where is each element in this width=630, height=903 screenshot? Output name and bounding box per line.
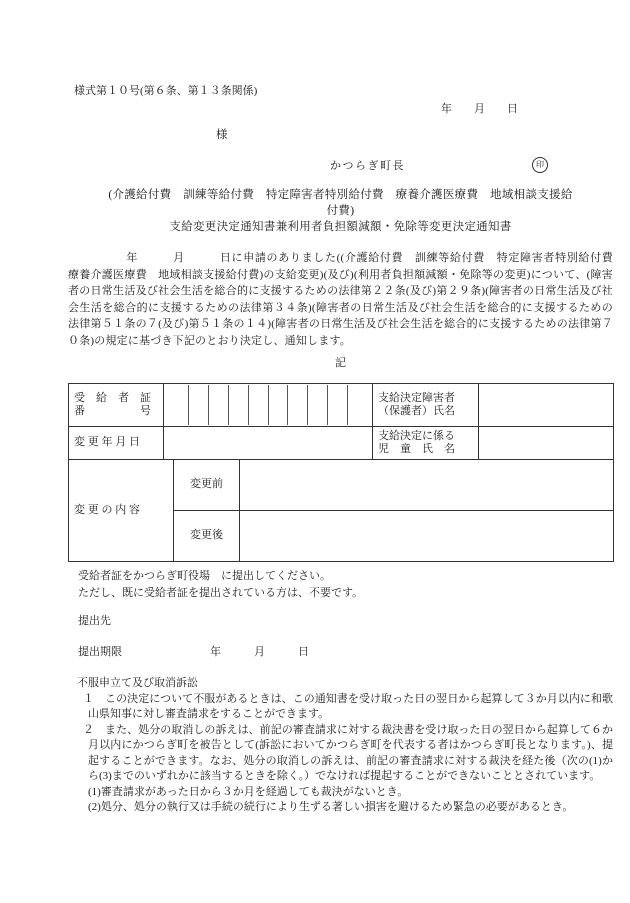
before-change-value-cell — [240, 460, 614, 511]
change-date-value-cell — [164, 427, 373, 460]
appeal-item-number: １ — [83, 693, 105, 705]
change-date-label: 変 更 年 月 日 — [69, 427, 164, 460]
note-line-2: ただし、既に受給者証を提出されている方は、不要です。 — [78, 585, 613, 602]
digit-box — [209, 385, 229, 425]
appeal-section: 不服申立て及び取消訴訟 １この決定について不服があるときは、この通知書を受け取っ… — [68, 676, 613, 816]
issuer-line: かつらぎ町長 印 — [68, 157, 613, 173]
table-row: 受 給 者 証番 号 支給決定障害者（保護者）氏名 — [69, 384, 614, 427]
appeal-item-number: ２ — [83, 724, 105, 736]
after-change-value-cell — [240, 511, 614, 562]
label-line: 番 号 — [74, 405, 158, 419]
document-content: 様式第１０号(第６条、第１３条関係) 年 月 日 様 かつらぎ町長 印 (介護給… — [68, 84, 613, 816]
issuer-name: かつらぎ町長 — [330, 157, 405, 173]
after-change-label: 変更後 — [174, 511, 240, 562]
child-name-label: 支給決定に係る児 童 氏 名 — [373, 427, 479, 460]
document-page: 様式第１０号(第６条、第１３条関係) 年 月 日 様 かつらぎ町長 印 (介護給… — [0, 0, 630, 903]
appeal-subitem-1: (1)審査請求があった日から３か月を経過しても裁決がないとき。 — [68, 785, 613, 801]
note-line-1: 受給者証をかつらぎ町役場 に提出してください。 — [78, 568, 613, 585]
issue-date-placeholder: 年 月 日 — [68, 102, 613, 116]
digit-box — [229, 385, 249, 425]
seal-icon: 印 — [532, 157, 548, 173]
digit-box — [169, 385, 189, 425]
label-line: 受 給 者 証 — [74, 392, 158, 406]
grantee-name-value-cell — [479, 384, 614, 427]
recipient-cert-number-boxes-cell — [164, 384, 373, 427]
recipient-cert-number-boxes — [169, 385, 367, 425]
digit-box — [189, 385, 209, 425]
notification-body-paragraph: 年 月 日に申請のありました((介護給付費 訓練等給付費 特定障害者特別給付費 … — [68, 250, 613, 349]
digit-box — [288, 385, 308, 425]
ki-marker: 記 — [68, 356, 613, 370]
grantee-name-label: 支給決定障害者（保護者）氏名 — [373, 384, 479, 427]
form-number: 様式第１０号(第６条、第１３条関係) — [68, 84, 613, 98]
recipient-cert-number-label: 受 給 者 証番 号 — [69, 384, 164, 427]
before-change-label: 変更前 — [174, 460, 240, 511]
digit-box — [328, 385, 348, 425]
digit-box — [249, 385, 269, 425]
submission-notes: 受給者証をかつらぎ町役場 に提出してください。 ただし、既に受給者証を提出されて… — [68, 568, 613, 601]
table-row: 変 更 の 内 容 変更前 — [69, 460, 614, 511]
digit-box — [308, 385, 328, 425]
appeal-item-text: この決定について不服があるときは、この通知書を受け取った日の翌日から起算して３か… — [88, 693, 613, 721]
submission-place-label: 提出先 — [68, 614, 613, 628]
change-content-label: 変 更 の 内 容 — [69, 460, 174, 562]
digit-box — [348, 385, 367, 425]
appeal-heading: 不服申立て及び取消訴訟 — [68, 676, 613, 692]
label-line: 支給決定障害者 — [378, 392, 473, 406]
addressee-honorific: 様 — [216, 128, 613, 142]
label-line: 児 童 氏 名 — [378, 443, 473, 457]
decision-table-lower: 変 更 の 内 容 変更前 変更後 — [68, 459, 614, 562]
submission-deadline-line: 提出期限 年 月 日 — [68, 645, 613, 659]
label-line: 支給決定に係る — [378, 430, 473, 444]
digit-box — [269, 385, 289, 425]
appeal-item-1: １この決定について不服があるときは、この通知書を受け取った日の翌日から起算して３… — [68, 692, 613, 723]
decision-table-upper: 受 給 者 証番 号 支給決定障害者（保護者）氏名 変 更 年 月 日 支給決定… — [68, 383, 614, 460]
appeal-item-2: ２また、処分の取消しの訴えは、前記の審査請求に対する裁決書を受け取った日の翌日か… — [68, 723, 613, 785]
table-row: 変 更 年 月 日 支給決定に係る児 童 氏 名 — [69, 427, 614, 460]
appeal-item-text: また、処分の取消しの訴えは、前記の審査請求に対する裁決書を受け取った日の翌日から… — [88, 724, 613, 783]
label-line: （保護者）氏名 — [378, 405, 473, 419]
document-title: (介護給付費 訓練等給付費 特定障害者特別給付費 療養介護医療費 地域相談支援給… — [68, 187, 613, 235]
appeal-subitem-2: (2)処分、処分の執行又は手続の続行により生ずる著しい損害を避けるため緊急の必要… — [68, 800, 613, 816]
child-name-value-cell — [479, 427, 614, 460]
